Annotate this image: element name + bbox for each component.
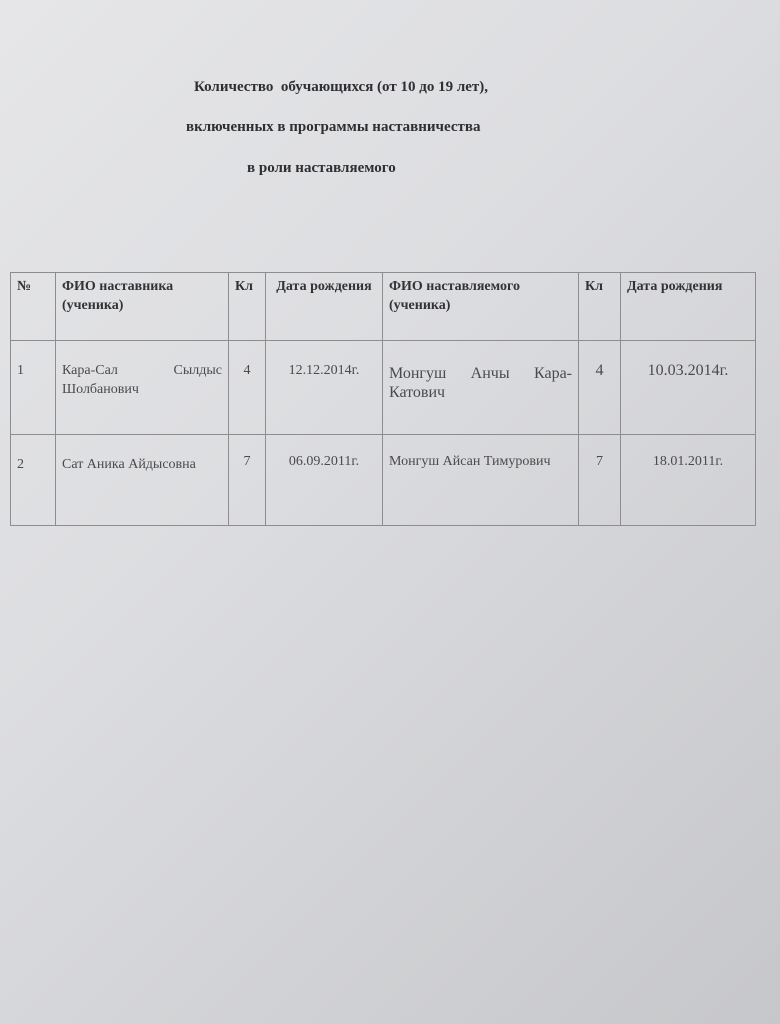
mentor-birth-date: 12.12.2014г. [266, 341, 383, 435]
mentor-name: Кара-Сал Сылдыс Шолбанович [56, 341, 229, 435]
mentor-class: 7 [229, 435, 266, 526]
table-row: 1 Кара-Сал Сылдыс Шолбанович 4 12.12.201… [11, 341, 756, 435]
document-title-line-3: в роли наставляемого [247, 160, 396, 177]
header-number: № [11, 273, 56, 341]
row-number: 2 [11, 435, 56, 526]
mentee-class: 7 [579, 435, 621, 526]
document-title-line-1: Количество обучающихся (от 10 до 19 лет)… [194, 79, 488, 96]
header-mentee-name: ФИО наставляемого (ученика) [383, 273, 579, 341]
mentorship-table: № ФИО наставника (ученика) Кл Дата рожде… [10, 272, 756, 526]
table-row: 2 Сат Аника Айдысовна 7 06.09.2011г. Мон… [11, 435, 756, 526]
header-mentee-birth: Дата рождения [621, 273, 756, 341]
mentee-birth-date: 18.01.2011г. [621, 435, 756, 526]
mentee-name: Монгуш Анчы Кара-Катович [383, 341, 579, 435]
table-header-row: № ФИО наставника (ученика) Кл Дата рожде… [11, 273, 756, 341]
row-number: 1 [11, 341, 56, 435]
mentee-birth-date: 10.03.2014г. [621, 341, 756, 435]
header-mentee-class: Кл [579, 273, 621, 341]
header-mentor-birth: Дата рождения [266, 273, 383, 341]
mentor-name: Сат Аника Айдысовна [56, 435, 229, 526]
mentee-name: Монгуш Айсан Тимурович [383, 435, 579, 526]
mentee-class: 4 [579, 341, 621, 435]
header-mentor-class: Кл [229, 273, 266, 341]
mentor-birth-date: 06.09.2011г. [266, 435, 383, 526]
header-mentor-name: ФИО наставника (ученика) [56, 273, 229, 341]
mentor-class: 4 [229, 341, 266, 435]
document-title-line-2: включенных в программы наставничества [186, 119, 480, 136]
